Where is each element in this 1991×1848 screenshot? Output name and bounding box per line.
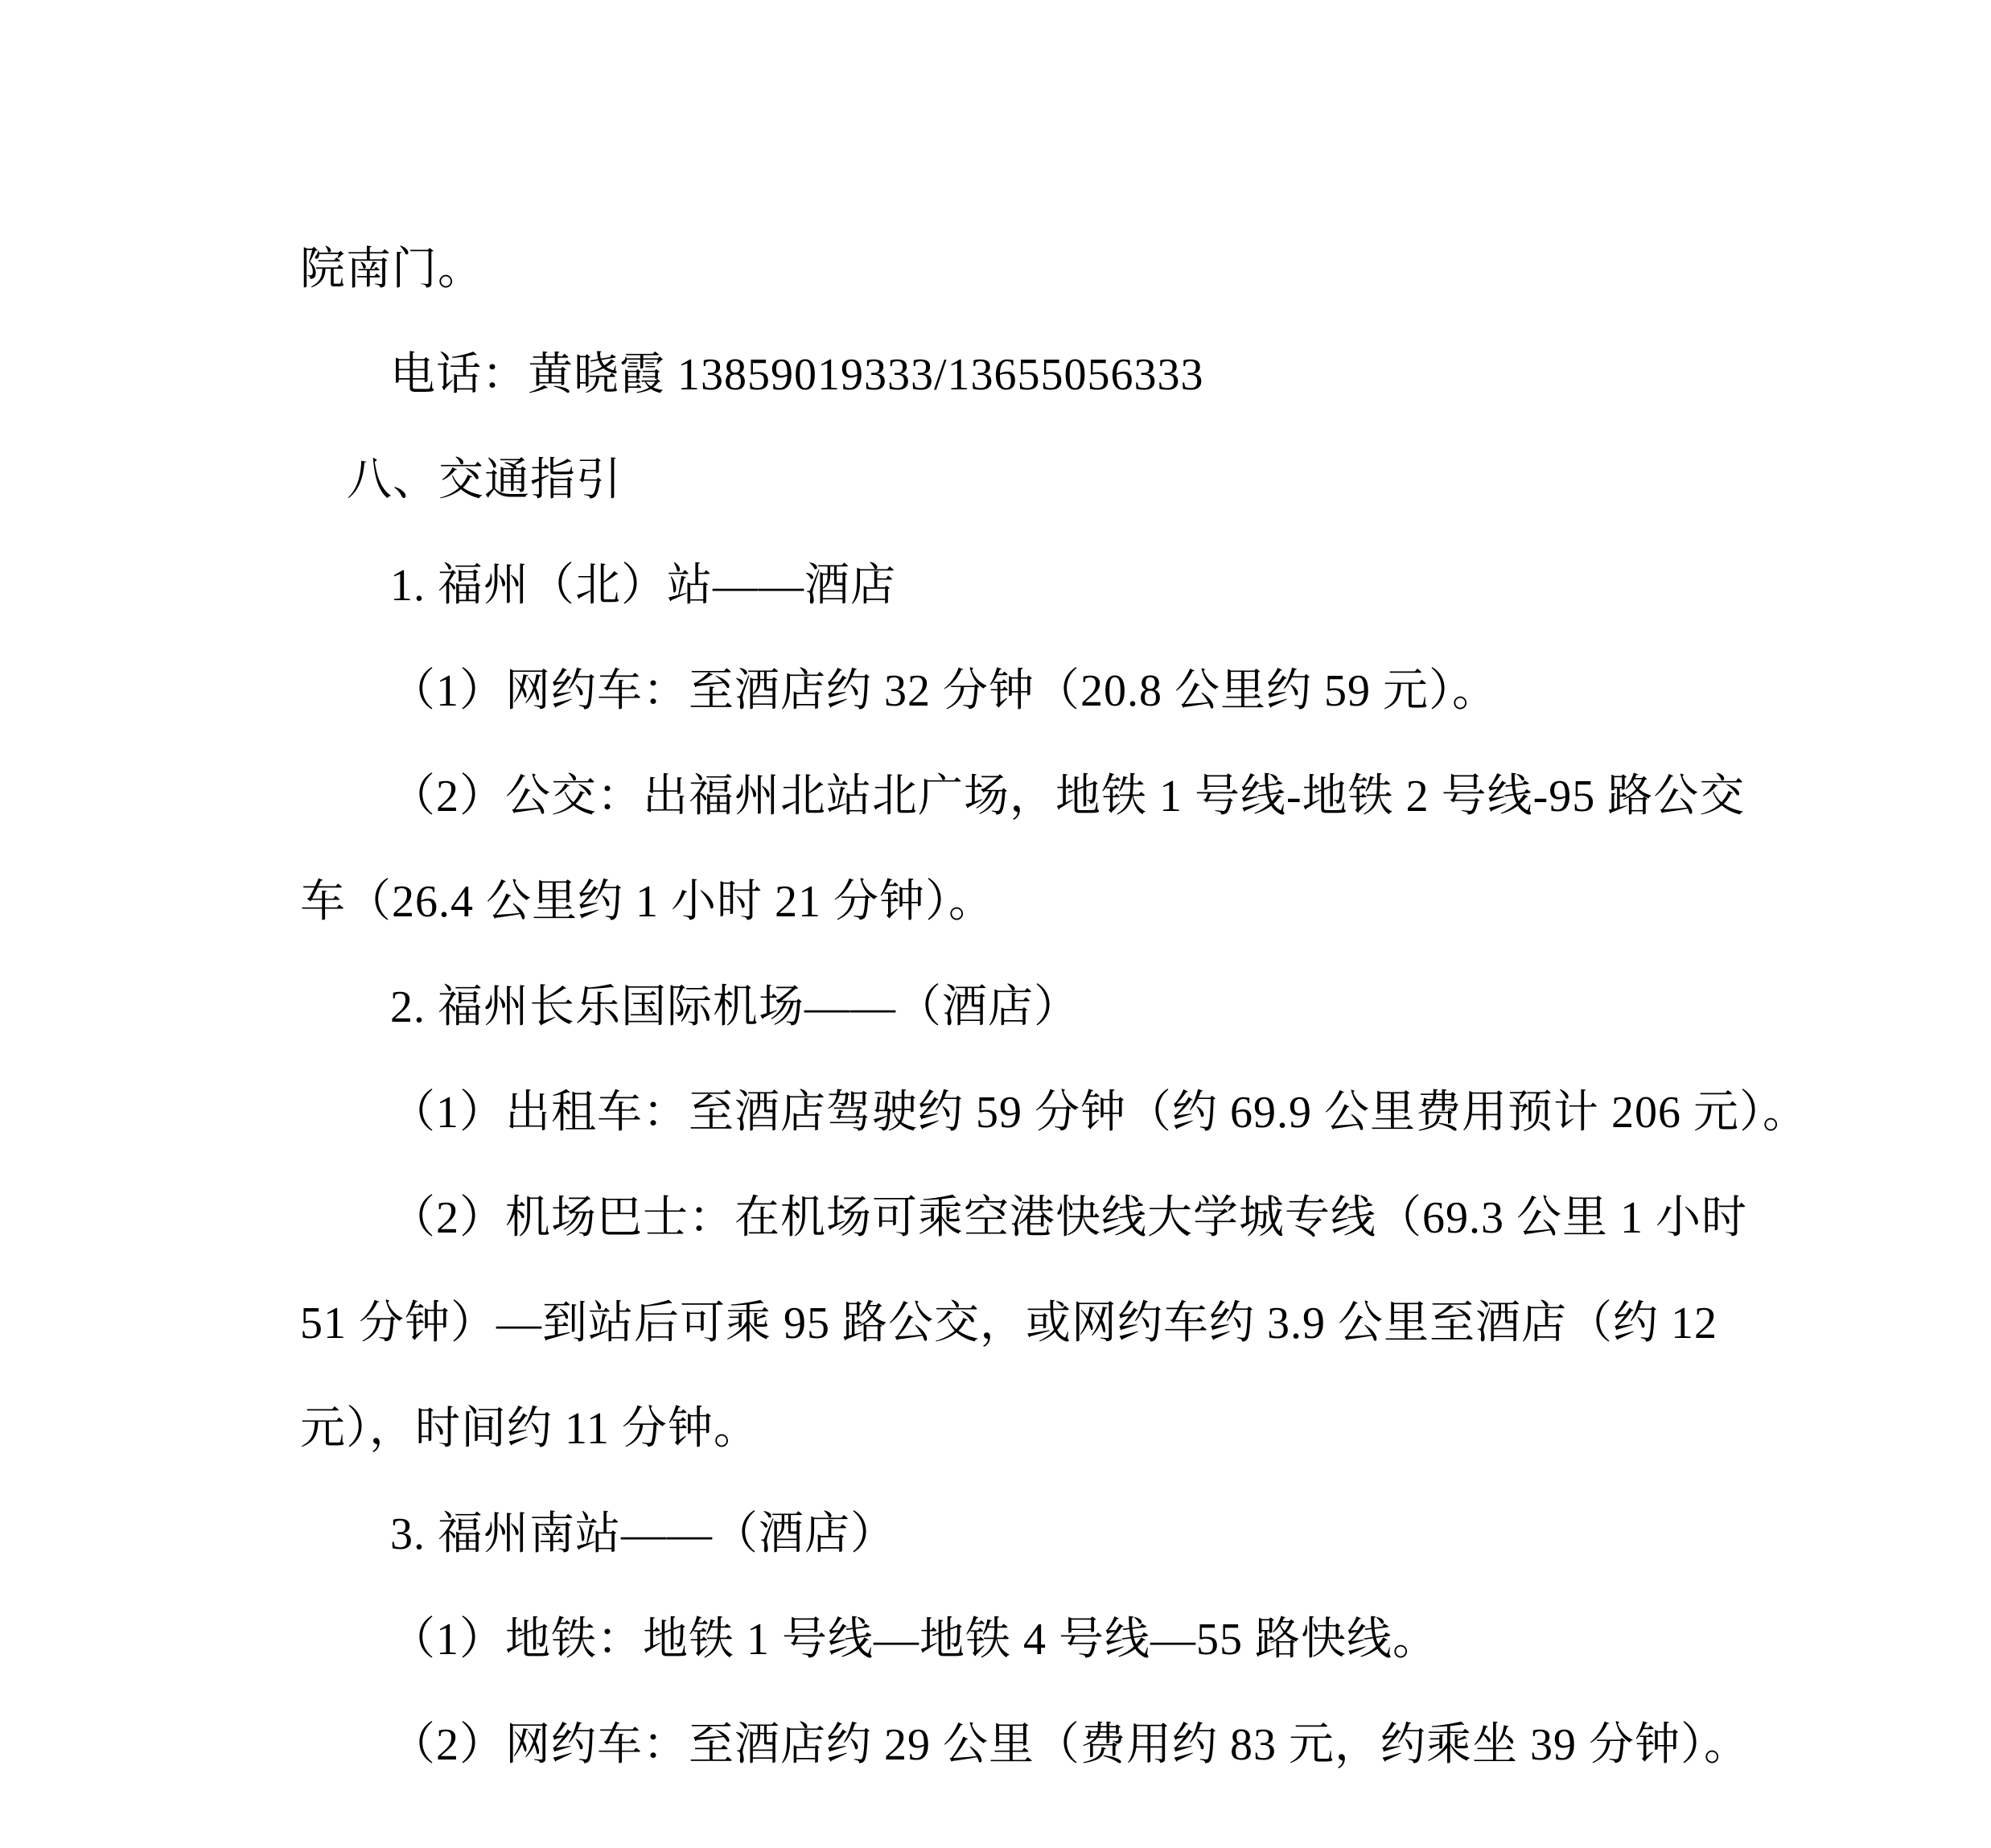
text-line: （2）机场巴士：在机场可乘空港快线大学城专线（69.3 公里 1 小时 xyxy=(390,1166,1861,1271)
text-line: 2. 福州长乐国际机场——（酒店） xyxy=(390,955,1861,1060)
text-line: 51 分钟）—到站后可乘 95 路公交，或网约车约 3.9 公里至酒店（约 12 xyxy=(300,1271,1861,1377)
text-line: （1）网约车：至酒店约 32 分钟（20.8 公里约 59 元）。 xyxy=(390,639,1861,744)
text-line: 八、交通指引 xyxy=(347,428,1861,533)
text-line: 电话：黄晓霞 13859019333/13655056333 xyxy=(390,323,1861,428)
document-body: 院南门。电话：黄晓霞 13859019333/13655056333八、交通指引… xyxy=(300,217,1861,1798)
text-line: 3. 福州南站——（酒店） xyxy=(390,1482,1861,1587)
text-line: （2）网约车：至酒店约 29 公里（费用约 83 元，约乘坐 39 分钟）。 xyxy=(390,1693,1861,1798)
document-page: 院南门。电话：黄晓霞 13859019333/13655056333八、交通指引… xyxy=(0,0,1991,1848)
text-line: 车（26.4 公里约 1 小时 21 分钟）。 xyxy=(300,850,1861,955)
text-line: （2）公交：出福州北站北广场，地铁 1 号线-地铁 2 号线-95 路公交 xyxy=(390,744,1861,850)
text-line: （1）出租车：至酒店驾驶约 59 分钟（约 69.9 公里费用预计 206 元）… xyxy=(390,1060,1861,1166)
text-line: 元），时间约 11 分钟。 xyxy=(300,1377,1861,1482)
text-line: （1）地铁：地铁 1 号线—地铁 4 号线—55 路快线。 xyxy=(390,1587,1861,1693)
text-line: 院南门。 xyxy=(300,217,1861,323)
text-line: 1. 福州（北）站——酒店 xyxy=(390,533,1861,639)
